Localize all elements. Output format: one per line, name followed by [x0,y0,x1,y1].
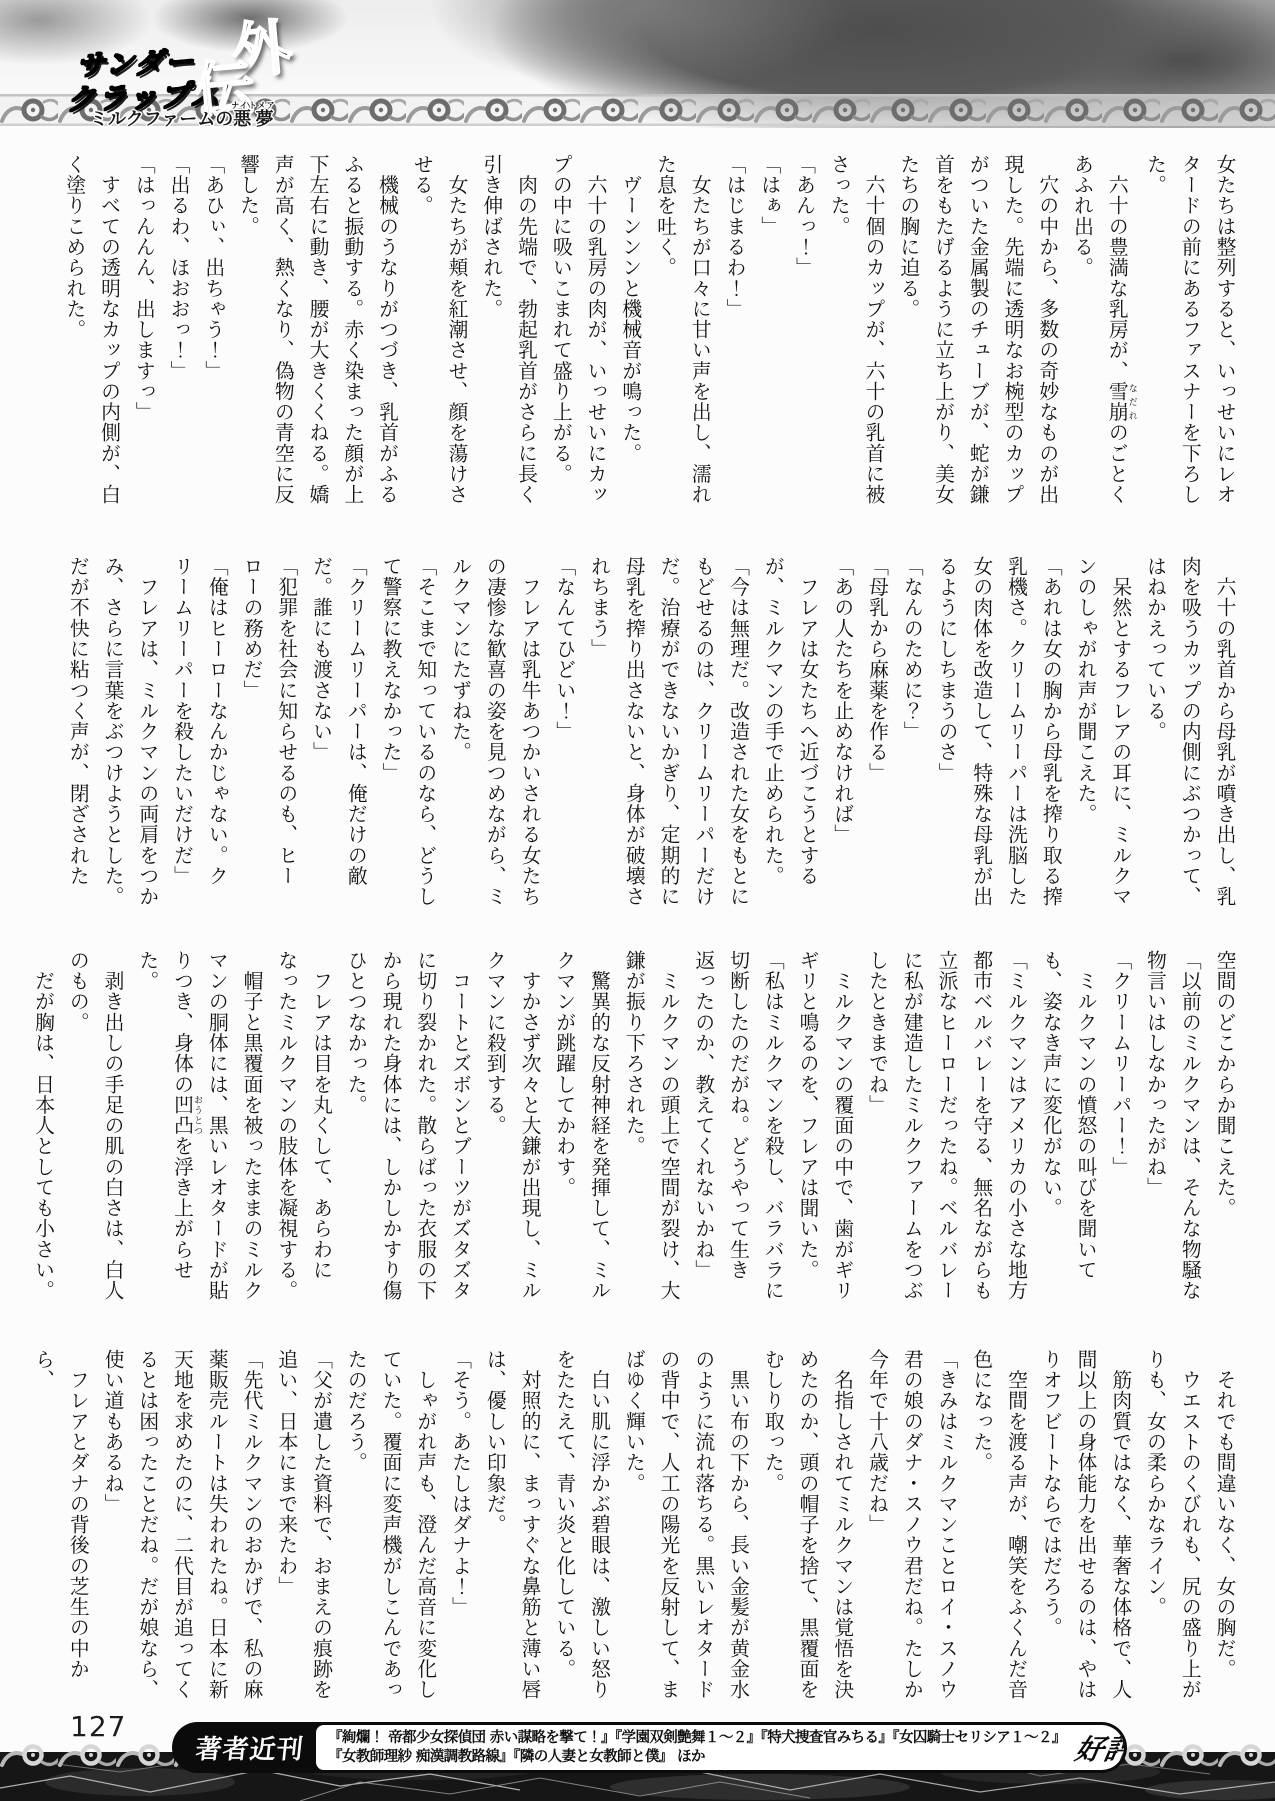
novel-paragraph: 六十の豊満な乳房が、雪崩なだれのごとくあふれ出る。 [1064,154,1137,506]
novel-paragraph: 機械のうなりがつづき、乳首がふるふると振動する。赤く染まった顔が上下左右に動き、… [230,154,404,506]
novel-paragraph: フレアは、ミルクマンの両肩をつかみ、さらに言葉をぶつけようとした。だが不快に粘つ… [60,556,164,908]
novel-paragraph: 「出るわ、ほおおっ！」 [160,154,195,506]
novel-paragraph: しゃがれ声も、澄んだ高音に変化していた。覆面に変声機がしこんであったのだろう。 [338,1349,442,1701]
series-logo: サンダー クラップス 外 伝 ミルクファームの悪夢ナイトメア [0,0,420,135]
novel-paragraph: 「以前のミルクマンは、そんな物騒な物言いはしなかったがね」 [1137,950,1207,1302]
novel-paragraph: ウエストのくびれも、尻の盛り上がりも、女の柔らかなライン。 [1137,1349,1207,1701]
novel-paragraph: 筋肉質ではなく、華奢な体格で、人間以上の身体能力を出せるのは、やはりオフビートな… [1033,1349,1137,1701]
novel-paragraph: 「私はミルクマンを殺し、バラバラに切断したのだがね。どうやって生き返ったのか、教… [685,950,789,1302]
novel-paragraph: ミルクマンの頭上で空間が裂け、大鎌が振り下ろされた。 [616,950,686,1302]
novel-paragraph: 女たちが頬を紅潮させ、顔を蕩けさせる。 [404,154,474,506]
novel-paragraph: 「あんっ！」 [786,154,821,506]
text-band-4: それでも間違いなく、女の胸だ。 ウエストのくびれも、尻の盛り上がりも、女の柔らか… [55,1349,1241,1701]
novel-paragraph: 「はぁ」 [751,154,786,506]
novel-paragraph: すべての透明なカップの内側が、白く塗りこめられた。 [56,154,126,506]
author-recent-works-label: 著者近刊 [194,1729,306,1766]
novel-paragraph: 白い肌に浮かぶ碧眼は、激しい怒りをたたえて、青い炎と化している。 [546,1349,616,1701]
book-titles-panel: 『絢爛！ 帝都少女探偵団 赤い謀略を撃て！』『学園双剣艶舞１～２』『特犬捜査官み… [316,1725,1124,1770]
novel-paragraph: 「あひぃ、出ちゃう！」 [195,154,230,506]
novel-paragraph: 「犯罪を社会に知らせるのも、ヒーローの務めだ」 [233,556,303,908]
novel-paragraph: 女たちが口々に甘い声を出し、濡れた息を吐く。 [647,154,717,506]
text-band-2: 六十の乳首から母乳が噴き出し、乳肉を吸うカップの内側にぶつかって、はねかえってい… [55,556,1241,908]
novel-paragraph: すかさず次々と大鎌が出現し、ミルクマンに殺到する。 [477,950,547,1302]
subtitle-ruby-base: 悪夢 [231,109,275,130]
novel-paragraph: 「今は無理だ。改造された女をもとにもどせるのは、クリームリーパーだけだ。治療がで… [581,556,755,908]
novel-paragraph: フレアは女たちへ近づこうとするが、ミルクマンの手で止められた。 [755,556,825,908]
novel-paragraph: 対照的に、まっすぐな鼻筋と薄い唇は、優しい印象だ。 [477,1349,547,1701]
novel-paragraph: それでも間違いなく、女の胸だ。 [1206,1349,1241,1701]
novel-paragraph: 「俺はヒーローなんかじゃない。クリームリーパーを殺したいだけだ」 [164,556,234,908]
novel-paragraph: 「はっんんん、出しますっ」 [126,154,161,506]
book-titles-line1: 『絢爛！ 帝都少女探偵団 赤い謀略を撃て！』『学園双剣艶舞１～２』『特犬捜査官み… [328,1729,1066,1748]
novel-paragraph: フレアは乳牛あつかいされる女たちの凄惨な歓喜の姿を見つめながら、ミルクマンにたず… [442,556,546,908]
novel-paragraph: 「なんのために？」 [894,556,929,908]
novel-page: サンダー クラップス 外 伝 ミルクファームの悪夢ナイトメア 女たちは整列すると… [0,0,1275,1801]
novel-paragraph: フレアとダナの背後の芝生の中から、 [25,1349,95,1701]
novel-paragraph: 「先代ミルクマンのおかげで、私の麻薬販売ルートは失われたね。日本に新天地を求めた… [94,1349,268,1701]
novel-paragraph: ミルクマンの憤怒の叫びを聞いても、姿なき声に変化がない。 [1033,950,1103,1302]
text-band-3: 空間のどこからか聞こえた。「以前のミルクマンは、そんな物騒な物言いはしなかったが… [55,950,1241,1302]
novel-paragraph: 「きみはミルクマンことロイ・スノウ君の娘のダナ・スノウ君だね。たしか今年で十八歳… [859,1349,963,1701]
novel-paragraph: 六十個のカップが、六十の乳首に被さった。 [821,154,891,506]
novel-paragraph: コートとズボンとブーツがズタズタに切り裂かれた。散らばった衣服の下から現れた身体… [338,950,477,1302]
novel-paragraph: 空間を渡る声が、嘲笑をふくんだ音色になった。 [963,1349,1033,1701]
novel-paragraph: 名指しされてミルクマンは覚悟を決めたのか、頭の帽子を捨て、黒覆面をむしり取った。 [755,1349,859,1701]
subtitle-ruby-text: ナイトメア [231,101,275,110]
novel-paragraph: ヴーンンンと機械音が鳴った。 [612,154,647,506]
novel-paragraph: 「母乳から麻薬を作る」 [859,556,894,908]
novel-paragraph: 六十の乳首から母乳が噴き出し、乳肉を吸うカップの内側にぶつかって、はねかえってい… [1137,556,1241,908]
novel-paragraph: 空間のどこからか聞こえた。 [1206,950,1241,1302]
page-number: 127 [70,1710,126,1743]
novel-paragraph: 「ミルクマンはアメリカの小さな地方都市ベルバレーを守る、無名ながらも立派なヒーロ… [859,950,1033,1302]
novel-paragraph: ミルクマンの覆面の中で、歯がギリギリと鳴るのを、フレアは聞いた。 [789,950,859,1302]
novel-paragraph: 驚異的な反射神経を発揮して、ミルクマンが跳躍してかわす。 [546,950,616,1302]
book-titles-list: 『絢爛！ 帝都少女探偵団 赤い謀略を撃て！』『学園双剣艶舞１～２』『特犬捜査官み… [316,1729,1070,1767]
subtitle-ruby: 悪夢ナイトメア [233,109,275,130]
novel-paragraph: 女たちは整列すると、いっせいにレオタードの前にあるファスナーを下ろした。 [1137,154,1241,506]
novel-paragraph: 黒い布の下から、長い金髪が黄金水のように流れ落ちる。黒いレオタードの背中で、人工… [616,1349,755,1701]
novel-paragraph: 「はじまるわ！」 [716,154,751,506]
novel-paragraph: だが胸は、日本人としても小さい。 [25,950,60,1302]
novel-paragraph: 「あの人たちを止めなければ」 [824,556,859,908]
novel-paragraph: 「そう。あたしはダナよ！」 [442,1349,477,1701]
text-band-1: 女たちは整列すると、いっせいにレオタードの前にあるファスナーを下ろした。 六十の… [55,154,1241,506]
author-books-banner: 著者近刊 『絢爛！ 帝都少女探偵団 赤い謀略を撃て！』『学園双剣艶舞１～２』『特… [172,1722,1127,1773]
episode-subtitle: ミルクファームの悪夢ナイトメア [90,101,276,131]
subtitle-text: ミルクファームの [90,109,233,130]
novel-paragraph: 「クリームリーパー！」 [1102,950,1137,1302]
novel-paragraph: 六十の乳房の肉が、いっせいにカップの中に吸いこまれて盛り上がる。 [543,154,613,506]
novel-paragraph: 穴の中から、多数の奇妙なものが出現した。先端に透明なお椀型のカップがついた金属製… [890,154,1064,506]
novel-paragraph: 「父が遺した資料で、おまえの痕跡を追い、日本にまで来たわ」 [268,1349,338,1701]
novel-paragraph: 帽子と黒覆面を被ったままのミルクマンの胴体には、黒いレオタードが貼りつき、身体の… [129,950,268,1302]
novel-paragraph: フレアは目を丸くして、あらわになったミルクマンの肢体を凝視する。 [268,950,338,1302]
novel-paragraph: 肉の先端で、勃起乳首がさらに長く引き伸ばされた。 [473,154,543,506]
novel-paragraph: 剥き出しの手足の肌の白さは、白人のもの。 [60,950,130,1302]
on-sale-badge: 好評発売中！ [1066,1728,1124,1768]
novel-paragraph: 「そこまで知っているのなら、どうして警察に教えなかった」 [372,556,442,908]
novel-paragraph: 「クリームリーパーは、俺だけの敵だ。誰にも渡さない」 [303,556,373,908]
novel-paragraph: 「あれは女の胸から母乳を搾り取る搾乳機さ。クリームリーパーは洗脳した女の肉体を改… [928,556,1067,908]
book-titles-line2: 『女教師理紗 痴漢調教路線』『隣の人妻と女教師と僕』 ほか [328,1748,1066,1767]
novel-paragraph: 呆然とするフレアの耳に、ミルクマンのしゃがれ声が聞こえた。 [1067,556,1137,908]
novel-paragraph: 「なんてひどい！」 [546,556,581,908]
